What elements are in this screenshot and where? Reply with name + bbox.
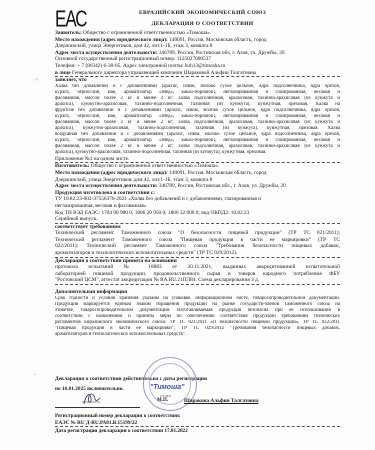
standard-line: ТУ 10.82.23-002-37556376-2021 «Халва без… (55, 196, 340, 203)
activity-address-value: 346789, Россия, Ростовская обл, г. Азов,… (159, 50, 286, 56)
manufacturer-label: Изготовитель: (55, 163, 90, 169)
manufacturer-legal-address-2: Дзержинский, улица Энергетиков, дом 42, … (55, 177, 340, 184)
stamp-logo: "Тимоша" (150, 384, 185, 391)
activity-address-value: 346789, Россия, Ростовская обл., г. Азов… (159, 183, 286, 189)
product-line: фасованная, массой более 2 кг и менее 2 … (55, 96, 340, 102)
requirements-label: соответствует требованиям (55, 224, 340, 231)
document-body: Заявитель: Общество с ограниченной ответ… (55, 30, 340, 338)
union-heading: ЕВРАЗИЙСКИЙ ЭКОНОМИЧЕСКИЙ СОЮЗ (0, 10, 375, 16)
basis-line: протокола испытаний № 18883 от 30.11.202… (55, 264, 340, 271)
legal-address-label: Место нахождения (адрес юридического лиц… (55, 170, 168, 176)
person-value: Генерального директора управляющей компа… (72, 70, 256, 76)
requirements-line: ароматизаторов и технологических вспомог… (55, 250, 340, 258)
applicant-value: Общество с ограниченной ответственностью… (83, 30, 211, 36)
standard-label: Продукция изготовлена в соответствии с: (55, 190, 340, 197)
batch-type: Серийный выпуск. (55, 216, 340, 224)
legal-address-value: 140091, Россия, Московская область, горо… (169, 170, 266, 176)
legal-address-value: 140091, Россия, Московская область, горо… (169, 37, 266, 43)
basis-line: "Ростовский ЦСМ", аттестат аккредитации … (55, 277, 340, 285)
product-line: фасованная, массой более 2 кг и менее 2 … (55, 144, 340, 150)
manufacturer-line: Изготовитель: Общество с ограниченной от… (55, 163, 340, 170)
additional-line: соответствии с назначением и приняты мер… (55, 314, 340, 320)
additional-label: Дополнительная информация (55, 289, 340, 296)
person-prefix: в лице (55, 70, 71, 76)
requirements-line: 022/2011); Технический регламент Таможен… (55, 243, 340, 250)
manufacturer-legal-address: Место нахождения (адрес юридического лиц… (55, 170, 340, 177)
product-line: курага, чернослив, мак, ароматизатор «Ме… (55, 114, 340, 120)
signer-name: Шаракова Альфия Талгатовна (184, 398, 259, 404)
activity-address-label: Адрес места осуществления деятельности: (55, 50, 157, 56)
declaration-page: ЕАС ЕВРАЗИЙСКИЙ ЭКОНОМИЧЕСКИЙ СОЮЗ ДЕКЛА… (0, 0, 375, 450)
product-description: Халва без добавлений и с добавлениями (а… (55, 84, 340, 156)
product-line: фасованная, массой более 2 кг и менее 2 … (55, 120, 340, 126)
manufacturer-activity-address: Адрес места осуществления деятельности: … (55, 183, 340, 190)
stamp-mp-label: М.П. (157, 398, 168, 403)
registration-number: ЕАЭС № RU Д-RU.РА01.В.15199/22 (55, 420, 340, 427)
additional-line: этикетке, товаросопроводительной докумен… (55, 308, 340, 314)
applicant-ogrn: Основной государственный регистрационный… (55, 56, 340, 63)
signature-mark (80, 390, 102, 406)
product-line: арахиса), кунжутно-арахисовая, тахинно-п… (55, 126, 340, 132)
additional-line: регламентов Евразийского экономического … (55, 320, 340, 326)
additional-line: Продукция маркируется единым знаком обра… (55, 302, 340, 308)
declares-label: заявляет, что (55, 77, 340, 84)
basis-line: лабораторией пищевой продукции, продовол… (55, 271, 340, 278)
product-appendix: Приложение №1 на одном листе. (55, 156, 340, 164)
basis-label: Декларация о соответствии принята на осн… (55, 258, 340, 265)
applicant-activity-address: Адрес места осуществления деятельности: … (55, 50, 340, 57)
product-line: фруктозе без добавлений и с добавлениями… (55, 108, 340, 114)
manufacturer-value: Общество с ограниченной ответственностью… (91, 163, 219, 169)
additional-line: Срок годности и условия хранения указаны… (55, 296, 340, 302)
applicant-label: Заявитель: (55, 30, 82, 36)
signature-line (55, 407, 140, 408)
margin-mark: ↗ (34, 77, 38, 83)
product-line: курага, чернослив, мак, ароматизатор «Ме… (55, 138, 340, 144)
product-line: курага, чернослив, мак, ароматизатор «Ме… (55, 90, 340, 96)
tn-ved-codes: Код ТН ВЭД ЕАЭС: 1704 90 980 0; 1806 20 … (55, 210, 340, 217)
standard-line: неглазированная, весовая и фасованная» (55, 203, 340, 210)
legal-address-label: Место нахождения (адрес юридического лиц… (55, 37, 168, 43)
margin-dot: • (34, 372, 35, 377)
requirements-line: Технический регламент Таможенного союза … (55, 237, 340, 244)
additional-line: ароматизаторов и технологических вспомог… (55, 332, 340, 338)
product-line: воздушная без добавлений и с добавлениям… (55, 132, 340, 138)
applicant-legal-address-2: Дзержинский, улица Энергетиков, дом 42, … (55, 43, 340, 50)
document-title: ДЕКЛАРАЦИЯ О СООТВЕТСТВИИ (0, 21, 375, 27)
additional-info: Срок годности и условия хранения указаны… (55, 296, 340, 338)
activity-address-label: Адрес места осуществления деятельности: (55, 183, 157, 189)
product-line: Халва без добавлений и с добавлениями (а… (55, 84, 340, 90)
applicant-line: Заявитель: Общество с ограниченной ответ… (55, 30, 340, 37)
applicant-legal-address: Место нахождения (адрес юридического лиц… (55, 37, 340, 44)
applicant-person: в лице Генерального директора управляюще… (55, 70, 340, 78)
additional-line: "Пищевая продукция в части ее маркировки… (55, 326, 340, 332)
requirements-line: Технический регламент Таможенного союза … (55, 230, 340, 237)
registration-date: Дата регистрации декларации о соответств… (55, 428, 188, 434)
registration-label: Регистрационный номер декларации о соотв… (55, 413, 181, 419)
applicant-contacts: Телефон: + 7 (86342) 6-30-05. Адрес элек… (55, 63, 340, 70)
product-line: арахиса), кунжутно-арахисовая, тахинно-п… (55, 102, 340, 108)
